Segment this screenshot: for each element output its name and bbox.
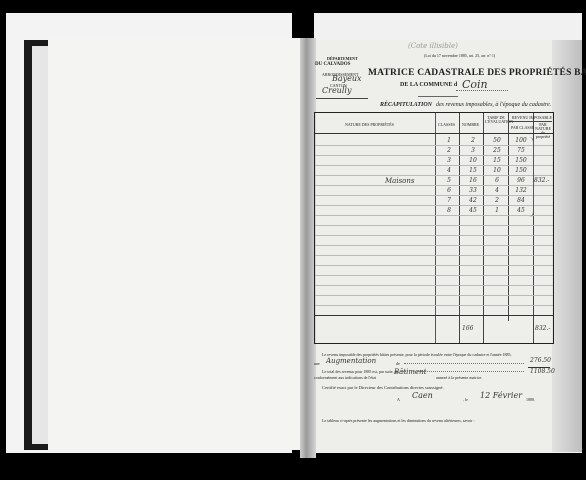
cell-classe: 3 <box>439 157 459 164</box>
cell-revenu: 45 <box>511 207 531 214</box>
cell-tarif: 10 <box>487 167 507 174</box>
footer-note: Le tableau ci-après présente les augment… <box>322 418 475 423</box>
cell-revenu: 84 <box>511 197 531 204</box>
document-title: MATRICE CADASTRALE DES PROPRIÉTÉS BATIES <box>368 68 586 78</box>
cell-tarif: 50 <box>487 137 507 144</box>
nature-value: Maisons <box>385 177 415 185</box>
col-par-nature-header: PAR NATURE de propriété <box>534 123 552 139</box>
cell-revenu: 96 <box>511 177 531 184</box>
col-par-classe-header: PAR CLASSE <box>511 125 534 130</box>
footer-change-type: Augmentation <box>326 357 376 365</box>
title-rule <box>418 96 458 97</box>
blank-left-page <box>48 38 306 450</box>
col-sep <box>459 113 460 343</box>
cell-classe: 8 <box>439 207 459 214</box>
col-nombre-header: NOMBRE <box>462 122 479 127</box>
year-value: 1888. <box>526 397 535 402</box>
certification: Certifié exact par le Directeur des Cont… <box>322 385 444 390</box>
cell-nombre: 16 <box>463 177 483 184</box>
col-sep <box>435 113 436 343</box>
cell-classe: 5 <box>439 177 459 184</box>
leader-dots <box>400 371 524 372</box>
footer-value2: 1108.50 <box>530 368 555 375</box>
cell-tarif: 2 <box>487 197 507 204</box>
cell-tarif: 15 <box>487 157 507 164</box>
footer-line2-suffix: annexé à la présente matrice. <box>436 375 482 380</box>
cell-classe: 4 <box>439 167 459 174</box>
cell-nombre: 2 <box>463 137 483 144</box>
recap-title: RÉCAPITULATION <box>380 102 432 108</box>
commune-prefix: DE LA COMMUNE d <box>400 82 457 88</box>
department-label: DÉPARTEMENT <box>327 56 358 61</box>
par-nature-total: 832.- <box>534 177 549 184</box>
cell-nombre: 33 <box>463 187 483 194</box>
page-edge <box>552 40 582 452</box>
cell-nombre: 10 <box>463 157 483 164</box>
col-revenu-group-header: REVENU IMPOSABLE <box>512 115 552 120</box>
recap-subtitle: des revenus imposables, à l'époque du ca… <box>436 102 551 108</box>
leader-dots <box>404 363 524 364</box>
col-sep <box>483 113 484 343</box>
header-rule <box>315 133 553 134</box>
cell-classe: 7 <box>439 197 459 204</box>
cell-revenu: 132 <box>511 187 531 194</box>
total-revenu: 832.- <box>535 325 550 332</box>
cell-nombre: 45 <box>463 207 483 214</box>
cell-classe: 2 <box>439 147 459 154</box>
footer-line1b-suffix: de <box>396 361 400 366</box>
footer-line2b: conformément aux indications de l'état <box>314 375 376 380</box>
cell-tarif: 1 <box>487 207 507 214</box>
footer-line1b-prefix: une <box>314 361 320 366</box>
cell-nombre: 3 <box>463 147 483 154</box>
col-tarif-header: TARIF DE L'ÉVALUATION <box>485 116 507 124</box>
canton-value: Creully <box>322 86 351 95</box>
footer-line2: Le total des revenus pour 1885 est, par … <box>322 369 398 374</box>
cell-classe: 1 <box>439 137 459 144</box>
footer-state-name: Bâtiment <box>394 368 426 376</box>
place-prefix: A <box>397 397 400 402</box>
cell-nombre: 42 <box>463 197 483 204</box>
commune-underline <box>456 90 508 91</box>
date-value: 12 Février <box>480 391 522 400</box>
cell-tarif: 4 <box>487 187 507 194</box>
cell-nombre: 15 <box>463 167 483 174</box>
cell-revenu: 100 <box>511 137 531 144</box>
header-rule <box>316 98 368 99</box>
place-name: Caen <box>412 391 433 400</box>
cell-revenu: 150 <box>511 157 531 164</box>
department-name: DU CALVADOS <box>315 62 350 67</box>
cell-tarif: 25 <box>487 147 507 154</box>
footer-value1: 276.50 <box>530 357 551 364</box>
col-nature-header: NATURE DES PROPRIÉTÉS <box>345 122 394 127</box>
cell-revenu: 150 <box>511 167 531 174</box>
recap-table: NATURE DES PROPRIÉTÉS CLASSES NOMBRE TAR… <box>314 112 554 344</box>
arrondissement-value: Bayeux <box>332 74 362 83</box>
cell-revenu: 75 <box>511 147 531 154</box>
cell-tarif: 6 <box>487 177 507 184</box>
pencil-note: (Cote illisible) <box>408 42 458 50</box>
cell-classe: 6 <box>439 187 459 194</box>
legal-reference: (Loi du 17 novembre 1885, art. 25, arr. … <box>424 53 495 58</box>
col-classes-header: CLASSES <box>438 122 455 127</box>
date-prefix: , le <box>463 397 468 402</box>
total-nombre: 166 <box>462 325 473 332</box>
